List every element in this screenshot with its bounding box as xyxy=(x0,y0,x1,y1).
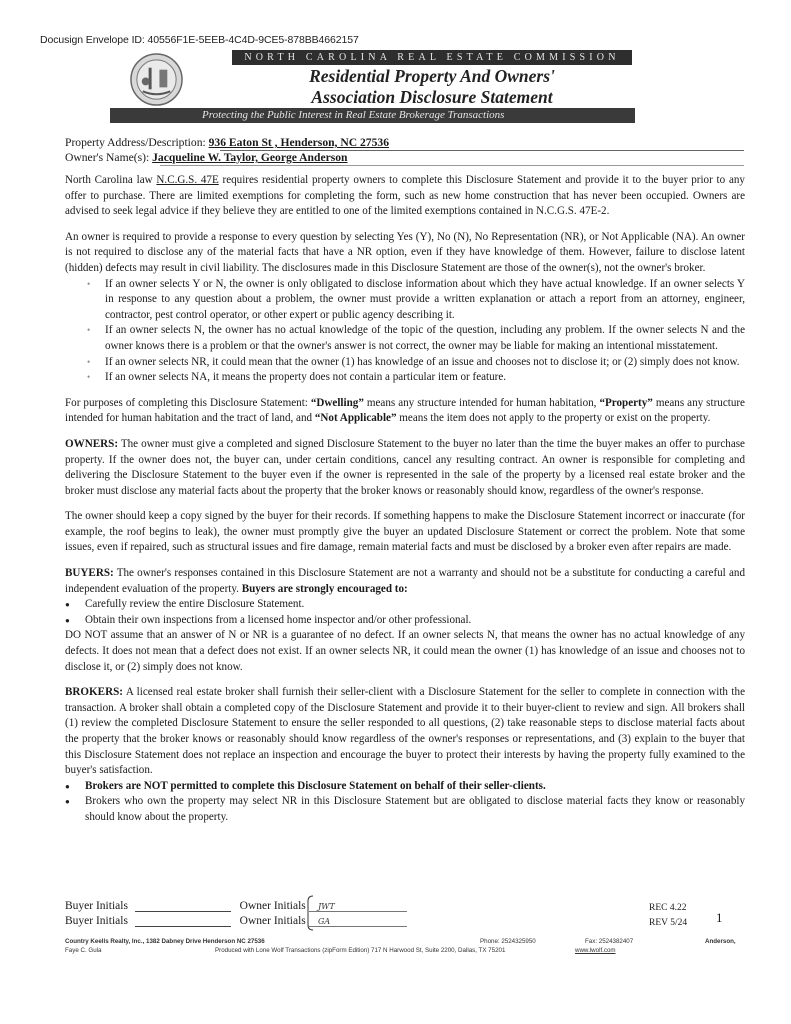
docusign-envelope-id: Docusign Envelope ID: 40556F1E-5EEB-4C4D… xyxy=(40,34,359,46)
owners-section: OWNERS: The owner must give a completed … xyxy=(65,437,745,499)
rec-number: REC 4.22 xyxy=(649,903,686,913)
buyers-heading: BUYERS: xyxy=(65,567,114,579)
list-item: Brokers who own the property may select … xyxy=(65,794,745,825)
brokers-list: Brokers are NOT permitted to complete th… xyxy=(65,779,745,826)
owner-names-value[interactable]: Jacqueline W. Taylor, George Anderson xyxy=(152,151,347,164)
list-item: Carefully review the entire Disclosure S… xyxy=(65,597,745,613)
property-address-label: Property Address/Description: xyxy=(65,136,206,149)
buyers-warning: DO NOT assume that an answer of N or NR … xyxy=(65,628,745,675)
tagline-banner: Protecting the Public Interest in Real E… xyxy=(110,108,635,123)
intro-text: North Carolina law xyxy=(65,174,156,186)
owner-initials-1-signature: JWT xyxy=(318,902,335,911)
owners-text: The owner must give a completed and sign… xyxy=(65,438,745,497)
initials-row-1: Buyer Initials Owner Initials xyxy=(65,900,407,912)
buyers-section: BUYERS: The owner's responses contained … xyxy=(65,566,745,597)
owner-names-label: Owner's Name(s): xyxy=(65,151,149,164)
definitions-text: means any structure intended for human h… xyxy=(364,397,600,409)
term-dwelling: “Dwelling” xyxy=(311,397,364,409)
owner-initials-label: Owner Initials xyxy=(240,900,306,912)
page-title: Residential Property And Owners' Associa… xyxy=(232,66,632,108)
footer-file-name: Anderson, xyxy=(705,938,736,945)
buyers-emphasis: Buyers are strongly encouraged to: xyxy=(242,583,408,595)
signature-bracket-icon xyxy=(306,895,314,931)
tagline-text: Protecting the Public Interest in Real E… xyxy=(202,108,504,123)
brokers-text: A licensed real estate broker shall furn… xyxy=(65,686,745,776)
commission-banner: NORTH CAROLINA REAL ESTATE COMMISSION xyxy=(232,50,632,65)
definitions-text: means the item does not apply to the pro… xyxy=(397,412,711,424)
buyers-list: Carefully review the entire Disclosure S… xyxy=(65,597,745,628)
intro-paragraph-1: North Carolina law N.C.G.S. 47E requires… xyxy=(65,173,745,220)
list-item: If an owner selects NR, it could mean th… xyxy=(65,355,745,371)
nc-state-seal-icon xyxy=(129,52,184,107)
property-address-field: Property Address/Description: 936 Eaton … xyxy=(65,136,389,149)
title-line-2: Association Disclosure Statement xyxy=(232,87,632,108)
brokers-bullet-bold: Brokers are NOT permitted to complete th… xyxy=(85,780,546,792)
owner-names-field: Owner's Name(s): Jacqueline W. Taylor, G… xyxy=(65,151,348,164)
statute-link[interactable]: N.C.G.S. 47E xyxy=(156,174,218,186)
buyer-initials-label: Buyer Initials xyxy=(65,900,128,912)
rev-number: REV 5/24 xyxy=(649,918,687,928)
footer-website-link[interactable]: www.lwolf.com xyxy=(575,947,616,954)
intro-paragraph-2: An owner is required to provide a respon… xyxy=(65,230,745,277)
footer-company: Country Keells Realty, Inc., 1382 Dabney… xyxy=(65,938,265,945)
owner-initials-2-signature: GA xyxy=(318,917,330,926)
list-item: If an owner selects N, the owner has no … xyxy=(65,323,745,354)
buyer-initials-1-field[interactable] xyxy=(135,901,231,912)
list-item: If an owner selects NA, it means the pro… xyxy=(65,370,745,386)
owners-heading: OWNERS: xyxy=(65,438,118,450)
list-item: If an owner selects Y or N, the owner is… xyxy=(65,277,745,324)
buyer-initials-label: Buyer Initials xyxy=(65,915,128,927)
property-address-value[interactable]: 936 Eaton St , Henderson, NC 27536 xyxy=(209,136,389,149)
brokers-heading: BROKERS: xyxy=(65,686,123,698)
footer-phone: Phone: 2524325950 xyxy=(480,938,536,945)
owner-names-underline xyxy=(160,165,744,166)
owner-initials-label: Owner Initials xyxy=(240,915,306,927)
definitions-lead: For purposes of completing this Disclosu… xyxy=(65,397,311,409)
initials-row-2: Buyer Initials Owner Initials xyxy=(65,915,407,927)
definitions-paragraph: For purposes of completing this Disclosu… xyxy=(65,396,745,427)
brokers-section: BROKERS: A licensed real estate broker s… xyxy=(65,685,745,779)
response-options-list: If an owner selects Y or N, the owner is… xyxy=(65,277,745,386)
page-number: 1 xyxy=(716,910,723,926)
term-property: “Property” xyxy=(599,397,652,409)
term-not-applicable: “Not Applicable” xyxy=(315,412,397,424)
owners-paragraph-2: The owner should keep a copy signed by t… xyxy=(65,509,745,556)
footer-fax: Fax: 2524382407 xyxy=(585,938,633,945)
list-item: Brokers are NOT permitted to complete th… xyxy=(65,779,745,795)
footer-agent: Faye C. Gula xyxy=(65,947,101,954)
title-line-1: Residential Property And Owners' xyxy=(232,66,632,87)
disclosure-body: North Carolina law N.C.G.S. 47E requires… xyxy=(65,173,745,836)
list-item: Obtain their own inspections from a lice… xyxy=(65,613,745,629)
buyer-initials-2-field[interactable] xyxy=(135,916,231,927)
footer-produced-by: Produced with Lone Wolf Transactions (zi… xyxy=(215,947,505,954)
